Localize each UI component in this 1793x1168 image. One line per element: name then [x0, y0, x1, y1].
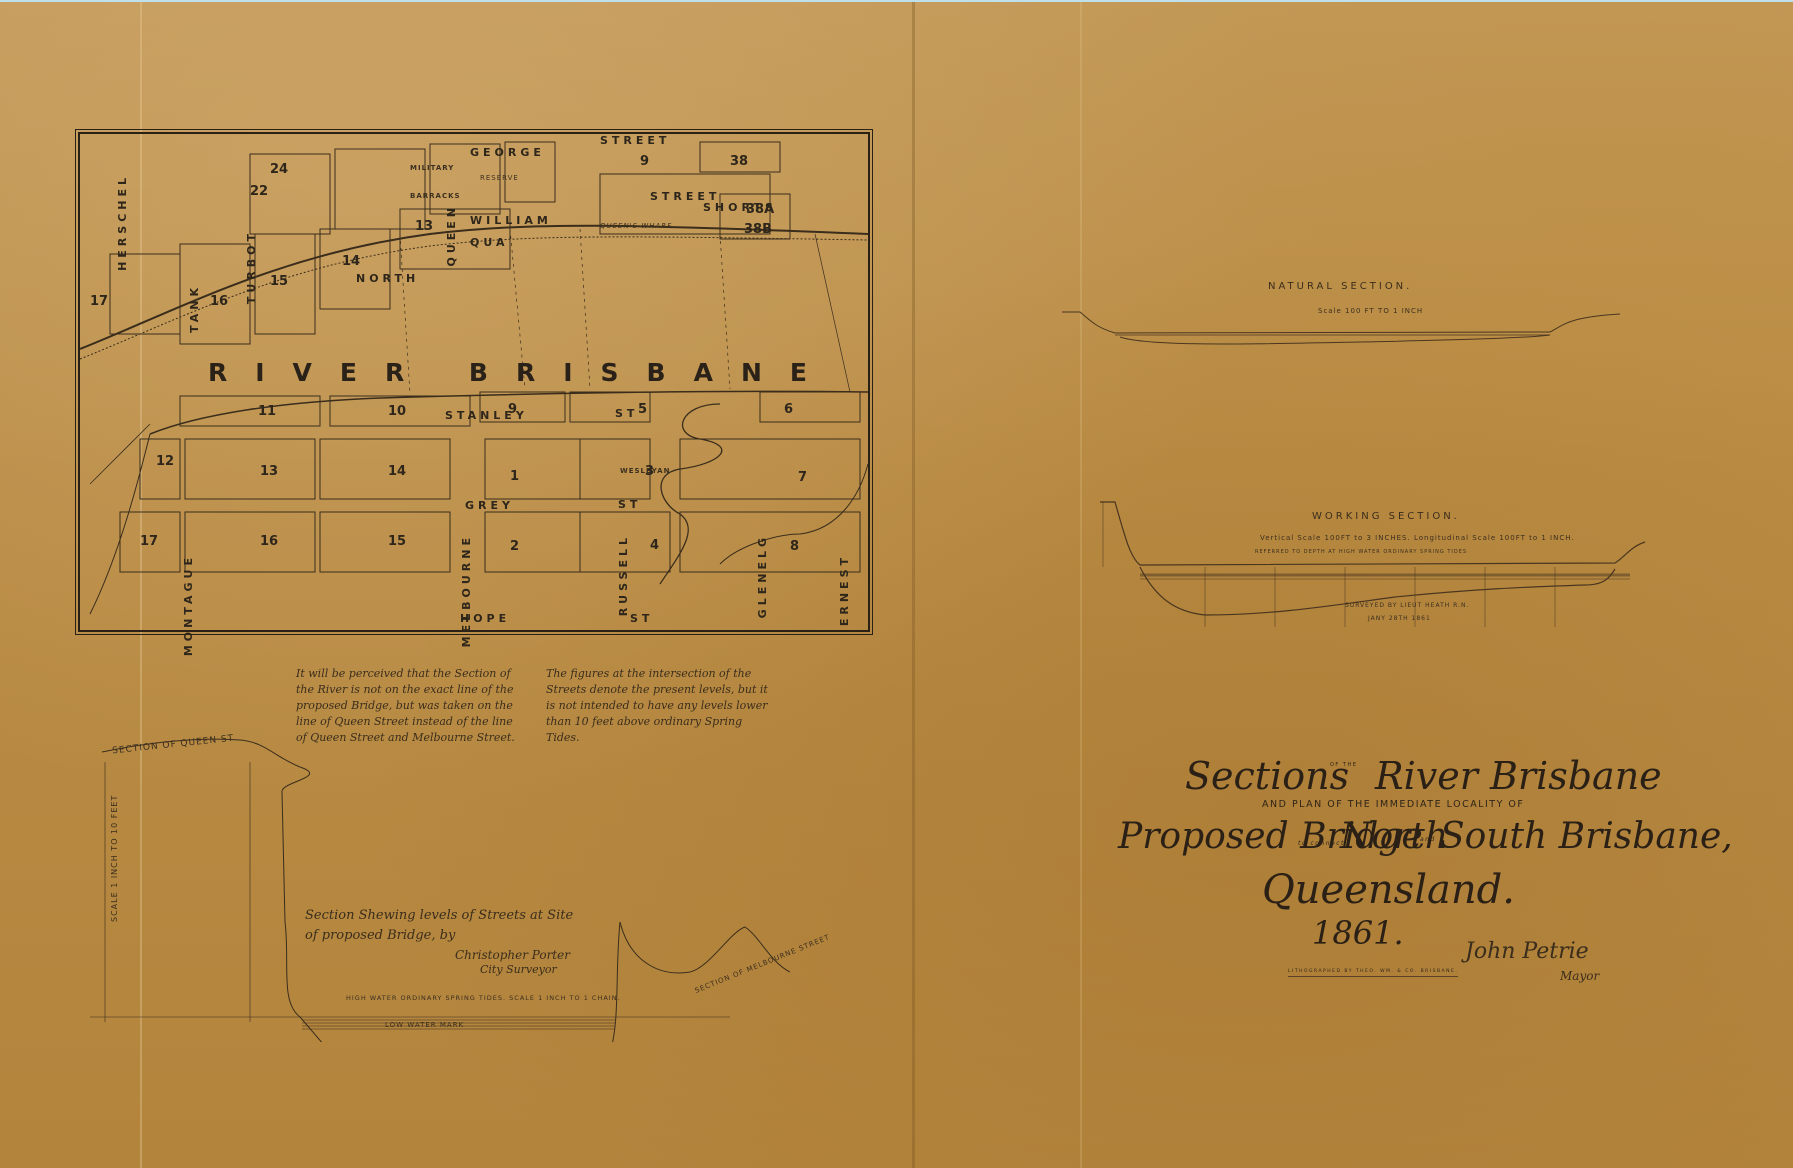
block-number: 11 [258, 404, 276, 419]
landmark-label: BARRACKS [410, 192, 461, 200]
mayor-title: Mayor [1560, 968, 1599, 984]
block-number: 5 [638, 402, 647, 417]
section-queen-st-scale: SCALE 1 INCH TO 10 FEET [110, 795, 119, 922]
high-water-label: HIGH WATER ORDINARY SPRING TIDES. SCALE … [346, 994, 621, 1002]
street-label: RUSSELL [617, 534, 630, 616]
lithographer-imprint: LITHOGRAPHED BY THEO. WM. & CO. BRISBANE… [1288, 969, 1458, 977]
block-number: 15 [270, 274, 288, 289]
block-number: 12 [156, 454, 174, 469]
fold-line [1080, 2, 1082, 1168]
street-label: MONTAGUE [182, 554, 195, 656]
working-section-date: JANY 28TH 1861 [1368, 615, 1431, 622]
block-number: 2 [510, 539, 519, 554]
street-label: HERSCHEL [116, 174, 129, 271]
block-number: 16 [210, 294, 228, 309]
street-label: TANK [188, 284, 201, 333]
porter-title: City Surveyor [480, 962, 557, 978]
block-number: 22 [250, 184, 268, 199]
title-subtitle: AND PLAN OF THE IMMEDIATE LOCALITY OF [1262, 799, 1524, 810]
block-number: 1 [510, 469, 519, 484]
title-queensland: Queensland. [1262, 867, 1515, 913]
section-caption: Section Shewing levels of Streets at Sit… [305, 906, 585, 946]
street-label: STREET [600, 134, 670, 147]
street-label: WILLIAM [470, 214, 552, 227]
fold-line [912, 2, 915, 1168]
block-number: 13 [415, 219, 433, 234]
block-number: 9 [640, 154, 649, 169]
mayor-signature: John Petrie [1465, 944, 1589, 960]
street-label: ST [630, 612, 653, 625]
title-to-connect: to connect [1298, 840, 1345, 847]
street-label: GLENELG [756, 534, 769, 618]
street-label: ERNEST [838, 554, 851, 626]
block-number: 17 [140, 534, 158, 549]
block-number: 38A [746, 202, 774, 217]
title-sections: Sections [1185, 754, 1349, 798]
landmark-label: QUEEN'S WHARF [600, 222, 672, 230]
block-number: 4 [650, 538, 659, 553]
block-number: 17 [90, 294, 108, 309]
street-label: GEORGE [470, 146, 545, 159]
block-number: 6 [784, 402, 793, 417]
block-number: 24 [270, 162, 288, 177]
street-label: NORTH [356, 272, 419, 285]
street-label: QUEEN [445, 204, 458, 267]
street-plan: RIVER BRISBANE GEORGE STREET WILLIAM STR… [78, 132, 870, 632]
low-water-label: LOW WATER MARK [385, 1021, 464, 1029]
street-label: ST [618, 498, 641, 511]
landmark-label: MILITARY [410, 164, 454, 172]
natural-section-profile [1060, 302, 1630, 347]
block-number: 14 [388, 464, 406, 479]
title-river-brisbane: River Brisbane [1375, 754, 1662, 798]
block-number: 9 [508, 402, 517, 417]
block-number: 14 [342, 254, 360, 269]
block-number: 7 [798, 470, 807, 485]
block-number: 38B [744, 222, 772, 237]
title-of-the: OF THE [1330, 762, 1357, 768]
title-south-brisbane: South Brisbane, [1440, 816, 1733, 857]
natural-section-title: NATURAL SECTION. [1268, 281, 1412, 292]
street-label: GREY [465, 499, 514, 512]
block-number: 16 [260, 534, 278, 549]
title-and: and [1420, 836, 1436, 843]
landmark-label: WESLEYAN [620, 467, 670, 475]
block-number: 8 [790, 539, 799, 554]
title-year: 1861. [1312, 914, 1404, 952]
street-label: QUA [470, 236, 508, 249]
block-number: 10 [388, 404, 406, 419]
block-number: 15 [388, 534, 406, 549]
river-label: RIVER BRISBANE [208, 358, 835, 387]
block-number: 13 [260, 464, 278, 479]
street-label: TURBOT [245, 230, 258, 304]
block-number: 38 [730, 154, 748, 169]
street-label: ST [615, 407, 638, 420]
street-label: MELBOURNE [460, 534, 473, 647]
working-section-surveyed: SURVEYED BY LIEUT HEATH R.N. [1345, 602, 1469, 609]
landmark-label: RESERVE [480, 174, 519, 182]
porter-signature: Christopher Porter [455, 947, 570, 963]
map-sheet: RIVER BRISBANE GEORGE STREET WILLIAM STR… [0, 2, 1793, 1168]
